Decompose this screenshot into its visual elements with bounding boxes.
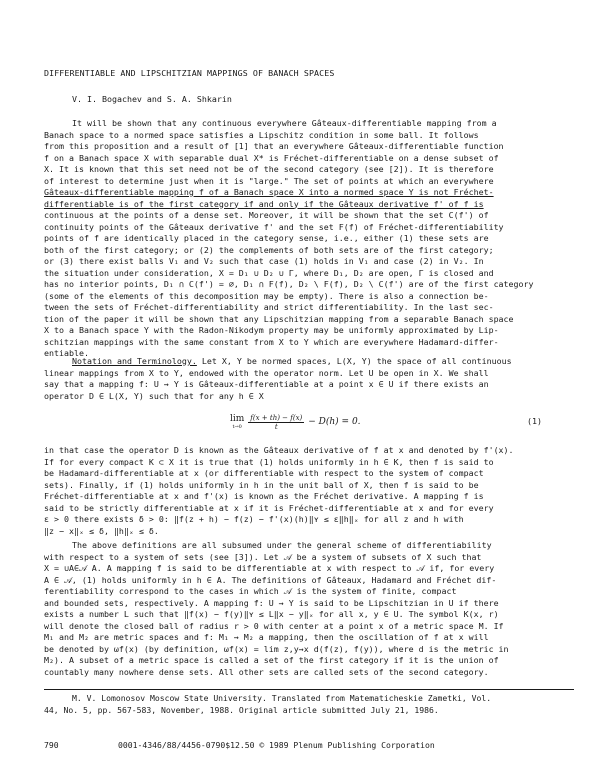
page-number: 790 [44, 740, 59, 750]
notation-paragraph: Notation and Terminology. Let X, Y be no… [44, 356, 574, 402]
text-line: linear mappings from X to Y, endowed wit… [44, 368, 574, 380]
text-line: differentiable is of the first category … [44, 199, 574, 211]
text-span: Let X, Y be normed spaces, L(X, Y) the s… [197, 356, 512, 366]
lim-subscript: t→0 [232, 424, 241, 430]
text-line: (some of the elements of this decomposit… [44, 291, 574, 303]
text-line: tween the sets of Fréchet-differentiabil… [44, 302, 574, 314]
lim-text: lim [230, 414, 244, 424]
text-line: points of f are identically placed in th… [44, 233, 574, 245]
text-line: will denote the closed ball of radius r … [44, 621, 574, 633]
footnote-line: M. V. Lomonosov Moscow State University.… [44, 693, 491, 705]
text-line: said to be strictly differentiable at x … [44, 503, 574, 515]
abstract-paragraph: It will be shown that any continuous eve… [44, 118, 574, 360]
footnote-line: 44, No. 5, pp. 567-583, November, 1988. … [44, 705, 491, 717]
text-line: sets). Finally, if (1) holds uniformly i… [44, 480, 574, 492]
text-line: from this proposition and a result of [1… [44, 141, 574, 153]
definitions-paragraph: in that case the operator D is known as … [44, 445, 574, 537]
text-line: X. It is known that this set need not be… [44, 164, 574, 176]
text-line: has no interior points, D₁ ∩ C(f') = ∅, … [44, 279, 574, 291]
equation-rest: − D(h) = 0. [308, 417, 360, 427]
text-line: X = ∪A∈𝒜 A. A mapping f is said to be di… [44, 563, 574, 575]
text-line: countably many nowhere dense sets. All o… [44, 667, 574, 679]
text-line: The above definitions are all subsumed u… [44, 540, 574, 552]
text-line: exists a number L such that ‖f(x) − f(y)… [44, 609, 574, 621]
footnote: M. V. Lomonosov Moscow State University.… [44, 693, 491, 716]
text-line: in that case the operator D is known as … [44, 445, 574, 457]
equation-number: (1) [527, 416, 542, 426]
text-line: Notation and Terminology. Let X, Y be no… [44, 356, 574, 368]
text-line: M₂). A subset of a metric space is calle… [44, 655, 574, 667]
limit-operator: lim t→0 [230, 414, 244, 430]
numerator: f(x + th) − f(x) [248, 414, 304, 423]
paper-page: DIFFERENTIABLE AND LIPSCHITZIAN MAPPINGS… [0, 0, 600, 768]
text-line: A ∈ 𝒜, (1) holds uniformly in h ∈ A. The… [44, 575, 574, 587]
text-line: continuous at the points of a dense set.… [44, 210, 574, 222]
denominator: t [275, 423, 278, 431]
text-line: and bounded sets, respectively. A mappin… [44, 598, 574, 610]
text-line: with respect to a system of sets (see [3… [44, 552, 574, 564]
text-line: be denoted by ωf(x) (by definition, ωf(x… [44, 644, 574, 656]
text-line: M₁ and M₂ are metric spaces and f: M₁ → … [44, 632, 574, 644]
fraction: f(x + th) − f(x) t [248, 414, 304, 431]
text-line: the situation under consideration, X = D… [44, 268, 574, 280]
footnote-divider [44, 689, 574, 690]
text-line: It will be shown that any continuous eve… [44, 118, 574, 130]
paper-authors: V. I. Bogachev and S. A. Shkarin [72, 94, 232, 104]
text-line: X to a Banach space Y with the Radon-Nik… [44, 325, 574, 337]
text-line: say that a mapping f: U → Y is Gâteaux-d… [44, 379, 574, 391]
text-line: be Hadamard-differentiable at x (or diff… [44, 468, 574, 480]
text-line: both of the first category; or (2) the c… [44, 245, 574, 257]
text-line: If for every compact K ⊂ X it is true th… [44, 457, 574, 469]
equation-1: lim t→0 f(x + th) − f(x) t − D(h) = 0. (… [0, 410, 600, 438]
paper-title: DIFFERENTIABLE AND LIPSCHITZIAN MAPPINGS… [44, 68, 334, 78]
text-line: schitzian mappings with the same constan… [44, 337, 574, 349]
scheme-paragraph: The above definitions are all subsumed u… [44, 540, 574, 678]
text-line: of interest to determine just when it is… [44, 176, 574, 188]
text-line: continuity points of the Gâteaux derivat… [44, 222, 574, 234]
text-line: ferentiability correspond to the cases i… [44, 586, 574, 598]
text-line: tion of the paper it will be shown that … [44, 314, 574, 326]
text-line: or (3) there exist balls V₁ and V₂ such … [44, 256, 574, 268]
text-line: f on a Banach space X with separable dua… [44, 153, 574, 165]
equation-body: lim t→0 f(x + th) − f(x) t − D(h) = 0. [230, 410, 361, 434]
text-line: ε > 0 there exists δ > 0: ‖f(z + h) − f(… [44, 514, 574, 526]
text-line: Fréchet-differentiable at x and f'(x) is… [44, 491, 574, 503]
text-line: Gâteaux-differentiable mapping f of a Ba… [44, 187, 574, 199]
text-line: Banach space to a normed space satisfies… [44, 130, 574, 142]
copyright-line: 0001-4346/88/4456-0790$12.50 © 1989 Plen… [118, 740, 435, 750]
text-line: ‖z − x‖ₓ ≤ δ, ‖h‖ₓ ≤ δ. [44, 526, 574, 538]
section-heading: Notation and Terminology. [72, 356, 197, 366]
text-line: operator D ∈ L(X, Y) such that for any h… [44, 391, 574, 403]
